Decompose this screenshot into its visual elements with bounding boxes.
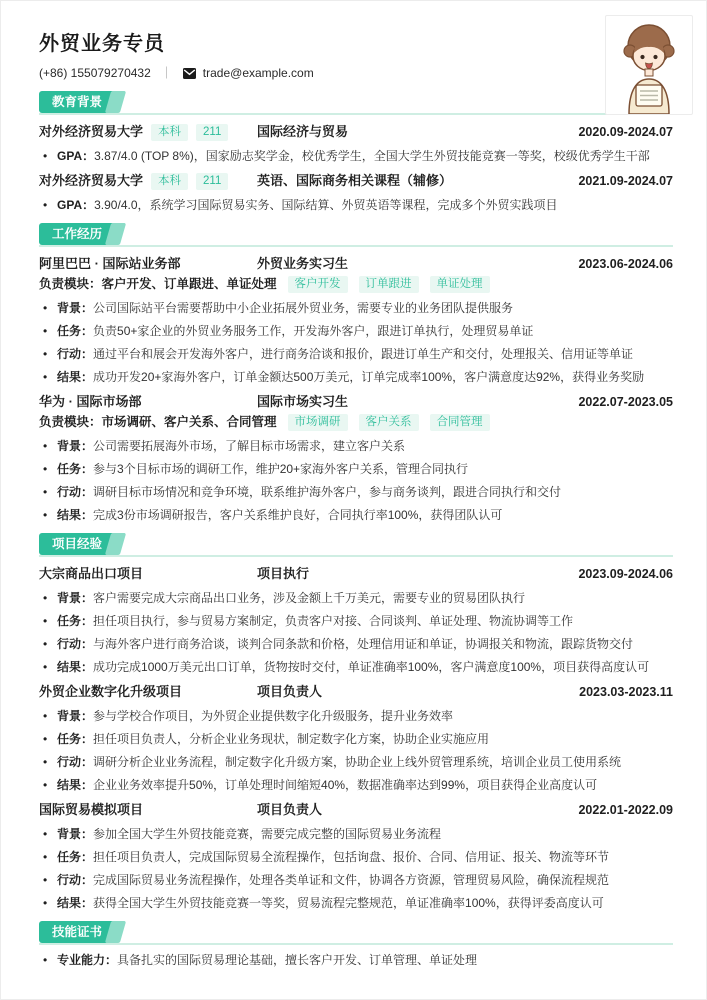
project-role: 项目负责人 [257,801,578,819]
modules-text: 客户开发、订单跟进、单证处理 [102,275,277,293]
bullet-text: 参与学校合作项目，为外贸企业提供数字化升级服务，提升业务效率 [93,709,453,723]
bullet-label: 任务： [57,614,93,628]
experience-bullet: 结果：成功开发20+家海外客户，订单金额达500万美元，订单完成率100%，客户… [39,369,673,385]
bullet-text: 负责50+家企业的外贸业务服务工作，开发海外客户，跟进订单执行，处理贸易单证 [93,324,533,338]
section-title: 项目经验 [52,537,102,551]
module-tag: 订单跟进 [359,276,419,293]
work-entry: 华为 · 国际市场部 国际市场实习生 2022.07-2023.05 [39,393,673,411]
bullet-text: 参加全国大学生外贸技能竞赛，需要完成完整的国际贸易业务流程 [93,827,441,841]
section-badge-projects: 项目经验 [39,533,115,555]
school-name: 对外经济贸易大学 [39,123,143,141]
company-name: 华为 · 国际市场部 [39,393,142,411]
contact-line: (+86) 155079270432 ｜ trade@example.com [39,65,673,81]
project-bullet: 任务：担任项目执行，参与贸易方案制定，负责客户对接、合同谈判、单证处理、物流协调… [39,613,673,629]
bullet-text: 完成国际贸易业务流程操作，处理各类单证和文件，协调各方资源，管理贸易风险，确保流… [93,873,609,887]
project-bullet: 行动：与海外客户进行商务洽谈，谈判合同条款和价格，处理信用证和单证，协调报关和物… [39,636,673,652]
work-entry-left: 华为 · 国际市场部 [39,393,257,411]
bullet-label: 结果： [57,778,93,792]
project-bullet: 行动：完成国际贸易业务流程操作，处理各类单证和文件，协调各方资源，管理贸易风险，… [39,872,673,888]
bullet-label: 专业能力： [57,953,117,967]
project-name: 大宗商品出口项目 [39,565,143,583]
experience-bullet: 任务：参与3个目标市场的调研工作，维护20+家海外客户关系，管理合同执行 [39,461,673,477]
bullet-label: 背景： [57,301,93,315]
education-entry: 对外经济贸易大学 本科 211 国际经济与贸易 2020.09-2024.07 [39,123,673,141]
bullet-text: 完成3份市场调研报告，客户关系维护良好，合同执行率100%，获得团队认可 [93,508,502,522]
education-entry: 对外经济贸易大学 本科 211 英语、国际商务相关课程（辅修） 2021.09-… [39,172,673,190]
modules-label: 负责模块： [39,413,102,431]
avatar-illustration [607,18,691,114]
modules-text: 市场调研、客户关系、合同管理 [102,413,277,431]
project-bullet: 背景：客户需要完成大宗商品出口业务，涉及金额上千万美元，需要专业的贸易团队执行 [39,590,673,606]
bullet-text: 公司需要拓展海外市场，了解目标市场需求，建立客户关系 [93,439,405,453]
education-bullet: GPA：3.90/4.0，系统学习国际贸易实务、国际结算、外贸英语等课程，完成多… [39,197,673,213]
bullet-label: 行动： [57,637,93,651]
bullet-text: 企业业务效率提升50%，订单处理时间缩短40%，数据准确率达到99%，项目获得企… [93,778,597,792]
bullet-text: 参与3个目标市场的调研工作，维护20+家海外客户关系，管理合同执行 [93,462,468,476]
bullet-text: 客户需要完成大宗商品出口业务，涉及金额上千万美元，需要专业的贸易团队执行 [93,591,525,605]
project-bullet: 背景：参加全国大学生外贸技能竞赛，需要完成完整的国际贸易业务流程 [39,826,673,842]
date-range: 2020.09-2024.07 [578,123,673,141]
bullet-label: 背景： [57,709,93,723]
bullet-text: 获得全国大学生外贸技能竞赛一等奖，贸易流程完整规范，单证准确率100%，获得评委… [93,896,604,910]
section-badge-work: 工作经历 [39,223,115,245]
section-header-skills: 技能证书 [39,921,673,945]
bullet-label: 结果： [57,896,93,910]
section-header-education: 教育背景 [39,91,673,115]
section-projects: 项目经验 大宗商品出口项目 项目执行 2023.09-2024.06 背景：客户… [39,533,673,911]
date-range: 2023.09-2024.06 [578,565,673,583]
bullet-label: 任务： [57,850,93,864]
project-role: 项目负责人 [257,683,579,701]
education-bullet: GPA：3.87/4.0 (TOP 8%)，国家励志奖学金，校优秀学生，全国大学… [39,148,673,164]
section-title: 技能证书 [52,925,102,939]
modules-row: 负责模块：客户开发、订单跟进、单证处理 客户开发 订单跟进 单证处理 [39,275,673,293]
bullet-label: 行动： [57,485,93,499]
section-badge-skills: 技能证书 [39,921,115,943]
page-title: 外贸业务专员 [39,31,673,57]
section-header-work: 工作经历 [39,223,673,247]
bullet-text: 3.87/4.0 (TOP 8%)，国家励志奖学金，校优秀学生，全国大学生外贸技… [94,149,650,163]
modules-row: 负责模块：市场调研、客户关系、合同管理 市场调研 客户关系 合同管理 [39,413,673,431]
section-work: 工作经历 阿里巴巴 · 国际站业务部 外贸业务实习生 2023.06-2024.… [39,223,673,523]
bullet-label: 行动： [57,755,93,769]
section-skills: 技能证书 专业能力：具备扎实的国际贸易理论基础，擅长客户开发、订单管理、单证处理 [39,921,673,968]
date-range: 2021.09-2024.07 [578,172,673,190]
date-range: 2022.01-2022.09 [578,801,673,819]
modules-label: 负责模块： [39,275,102,293]
project-entry-left: 国际贸易模拟项目 [39,801,257,819]
bullet-label: 任务： [57,462,93,476]
resume-page: 外贸业务专员 (+86) 155079270432 ｜ trade@exampl… [0,0,707,1000]
project-name: 国际贸易模拟项目 [39,801,143,819]
project-entry: 国际贸易模拟项目 项目负责人 2022.01-2022.09 [39,801,673,819]
bullet-label: 背景： [57,827,93,841]
school-tier-tag: 211 [196,173,228,190]
section-header-projects: 项目经验 [39,533,673,557]
experience-bullet: 行动：通过平台和展会开发海外客户，进行商务洽谈和报价，跟进订单生产和交付，处理报… [39,346,673,362]
contact-divider: ｜ [161,65,173,81]
section-education: 教育背景 对外经济贸易大学 本科 211 国际经济与贸易 2020.09-202… [39,91,673,213]
major-name: 国际经济与贸易 [257,123,578,141]
bullet-label: 结果： [57,660,93,674]
company-name: 阿里巴巴 · 国际站业务部 [39,255,181,273]
project-bullet: 任务：担任项目负责人，完成国际贸易全流程操作，包括询盘、报价、合同、信用证、报关… [39,849,673,865]
project-bullet: 背景：参与学校合作项目，为外贸企业提供数字化升级服务，提升业务效率 [39,708,673,724]
bullet-text: 3.90/4.0，系统学习国际贸易实务、国际结算、外贸英语等课程，完成多个外贸实… [94,198,557,212]
bullet-text: 具备扎实的国际贸易理论基础，擅长客户开发、订单管理、单证处理 [117,953,477,967]
project-entry: 外贸企业数字化升级项目 项目负责人 2023.03-2023.11 [39,683,673,701]
project-bullet: 任务：担任项目负责人，分析企业业务现状，制定数字化方案，协助企业实施应用 [39,731,673,747]
header: 外贸业务专员 (+86) 155079270432 ｜ trade@exampl… [39,31,673,81]
section-badge-education: 教育背景 [39,91,115,113]
date-range: 2023.03-2023.11 [579,683,673,701]
bullet-text: 成功完成1000万美元出口订单，货物按时交付，单证准确率100%，客户满意度10… [93,660,649,674]
bullet-text: 担任项目负责人，分析企业业务现状，制定数字化方案，协助企业实施应用 [93,732,489,746]
module-tag: 客户关系 [359,414,419,431]
avatar [605,15,693,115]
project-role: 项目执行 [257,565,578,583]
bullet-text: 担任项目负责人，完成国际贸易全流程操作，包括询盘、报价、合同、信用证、报关、物流… [93,850,609,864]
bullet-text: 调研分析企业业务流程，制定数字化升级方案，协助企业上线外贸管理系统，培训企业员工… [93,755,621,769]
bullet-label: 背景： [57,591,93,605]
bullet-label: 行动： [57,347,93,361]
module-tag: 客户开发 [288,276,348,293]
bullet-text: 调研目标市场情况和竞争环境，联系维护海外客户，参与商务谈判，跟进合同执行和交付 [93,485,561,499]
bullet-label: 任务： [57,732,93,746]
major-name: 英语、国际商务相关课程（辅修） [257,172,578,190]
date-range: 2023.06-2024.06 [578,255,673,273]
bullet-text: 通过平台和展会开发海外客户，进行商务洽谈和报价，跟进订单生产和交付，处理报关、信… [93,347,633,361]
education-entry-left: 对外经济贸易大学 本科 211 [39,123,257,141]
project-bullet: 结果：企业业务效率提升50%，订单处理时间缩短40%，数据准确率达到99%，项目… [39,777,673,793]
experience-bullet: 背景：公司需要拓展海外市场，了解目标市场需求，建立客户关系 [39,438,673,454]
envelope-icon [183,68,196,79]
module-tag: 合同管理 [430,414,490,431]
project-entry-left: 外贸企业数字化升级项目 [39,683,257,701]
module-tag: 市场调研 [288,414,348,431]
job-title: 外贸业务实习生 [257,255,578,273]
email-text: trade@example.com [203,65,314,81]
work-entry: 阿里巴巴 · 国际站业务部 外贸业务实习生 2023.06-2024.06 [39,255,673,273]
bullet-label: 任务： [57,324,93,338]
degree-tag: 本科 [151,173,188,190]
project-bullet: 结果：成功完成1000万美元出口订单，货物按时交付，单证准确率100%，客户满意… [39,659,673,675]
skills-bullet: 专业能力：具备扎实的国际贸易理论基础，擅长客户开发、订单管理、单证处理 [39,952,673,968]
bullet-text: 公司国际站平台需要帮助中小企业拓展外贸业务，需要专业的业务团队提供服务 [93,301,513,315]
school-name: 对外经济贸易大学 [39,172,143,190]
section-title: 工作经历 [52,227,102,241]
work-entry-left: 阿里巴巴 · 国际站业务部 [39,255,257,273]
module-tag: 单证处理 [430,276,490,293]
bullet-text: 与海外客户进行商务洽谈，谈判合同条款和价格，处理信用证和单证，协调报关和物流，跟… [93,637,633,651]
bullet-text: 成功开发20+家海外客户，订单金额达500万美元，订单完成率100%，客户满意度… [93,370,644,384]
project-bullet: 行动：调研分析企业业务流程，制定数字化升级方案，协助企业上线外贸管理系统，培训企… [39,754,673,770]
experience-bullet: 背景：公司国际站平台需要帮助中小企业拓展外贸业务，需要专业的业务团队提供服务 [39,300,673,316]
bullet-text: 担任项目执行，参与贸易方案制定，负责客户对接、合同谈判、单证处理、物流协调等工作 [93,614,573,628]
section-title: 教育背景 [52,95,102,109]
project-name: 外贸企业数字化升级项目 [39,683,182,701]
degree-tag: 本科 [151,124,188,141]
education-entry-left: 对外经济贸易大学 本科 211 [39,172,257,190]
experience-bullet: 任务：负责50+家企业的外贸业务服务工作，开发海外客户，跟进订单执行，处理贸易单… [39,323,673,339]
bullet-label: GPA： [57,149,94,163]
bullet-label: 结果： [57,508,93,522]
experience-bullet: 结果：完成3份市场调研报告，客户关系维护良好，合同执行率100%，获得团队认可 [39,507,673,523]
project-bullet: 结果：获得全国大学生外贸技能竞赛一等奖，贸易流程完整规范，单证准确率100%，获… [39,895,673,911]
project-entry-left: 大宗商品出口项目 [39,565,257,583]
job-title: 国际市场实习生 [257,393,578,411]
experience-bullet: 行动：调研目标市场情况和竞争环境，联系维护海外客户，参与商务谈判，跟进合同执行和… [39,484,673,500]
bullet-label: 行动： [57,873,93,887]
date-range: 2022.07-2023.05 [578,393,673,411]
project-entry: 大宗商品出口项目 项目执行 2023.09-2024.06 [39,565,673,583]
bullet-label: GPA： [57,198,94,212]
bullet-label: 背景： [57,439,93,453]
phone-text: (+86) 155079270432 [39,65,151,81]
school-tier-tag: 211 [196,124,228,141]
bullet-label: 结果： [57,370,93,384]
